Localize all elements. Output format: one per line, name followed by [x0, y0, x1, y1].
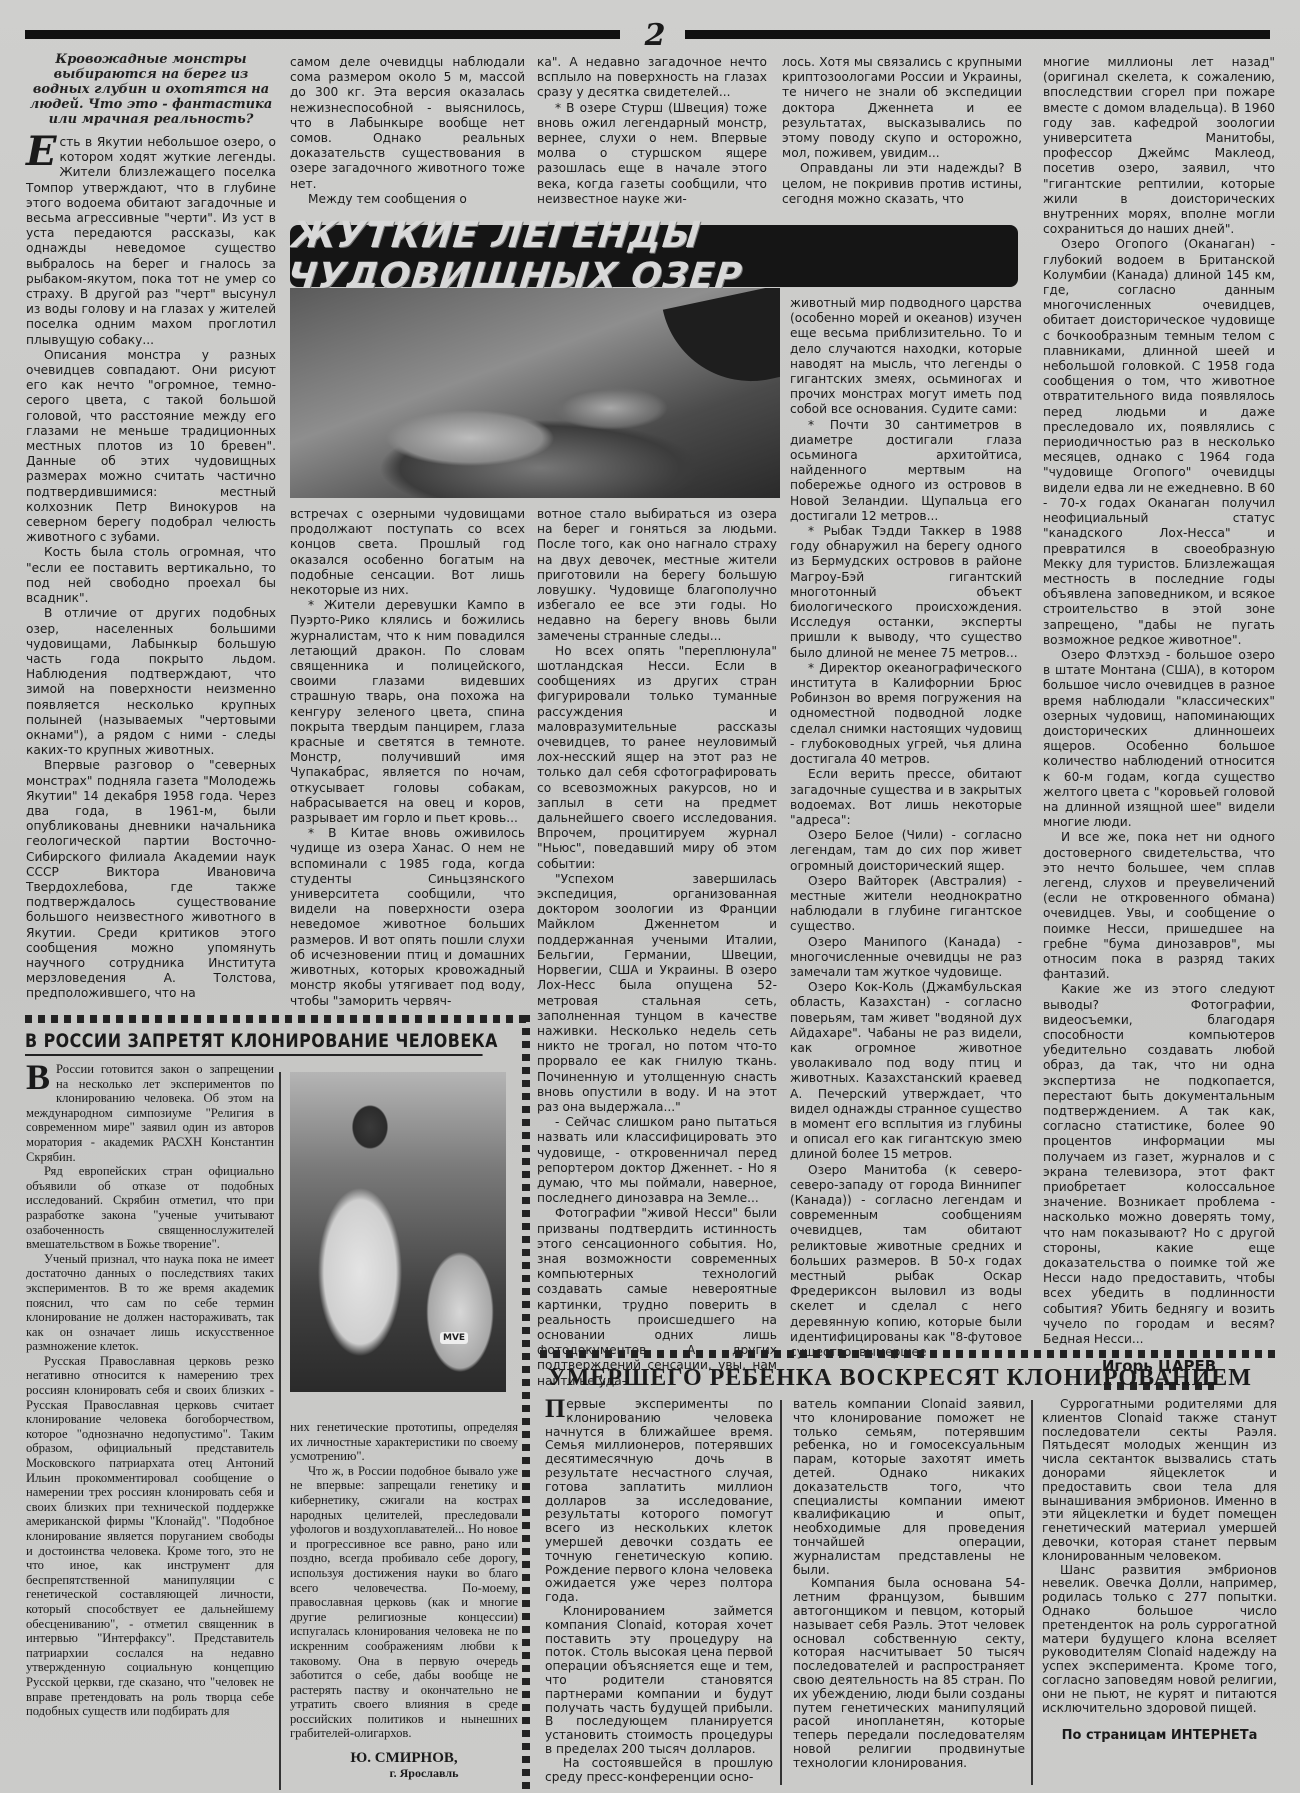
header-rule-left: [25, 30, 620, 39]
section-divider: [540, 1350, 1280, 1358]
monsters-col-3-top: ка". А недавно загадочное нечто всплыло …: [537, 55, 767, 207]
dropcap: В: [26, 1062, 50, 1092]
equipment-label: MVE: [440, 1332, 468, 1344]
column-rule: [1031, 1400, 1033, 1785]
box-border-top: [25, 1015, 530, 1023]
child-clone-headline: УМЕРШЕГО РЕБЕНКА ВОСКРЕСЯТ КЛОНИРОВАНИЕМ: [548, 1365, 1288, 1392]
clone-ban-headline: В РОССИИ ЗАПРЕТЯТ КЛОНИРОВАНИЕ ЧЕЛОВЕКА: [25, 1030, 483, 1056]
monsters-col-3-bottom: вотное стало выбираться из озера на бере…: [537, 507, 777, 1389]
source-credit: По страницам ИНТЕРНЕТа: [1042, 1729, 1277, 1743]
child-clone-col-3: Суррогатными родителями для клиентов Clo…: [1042, 1398, 1277, 1743]
page-number: 2: [630, 18, 680, 53]
clone-ban-col-2: них генетические прототипы, определяя их…: [290, 1420, 518, 1780]
child-clone-col-2: ватель компании Clonaid заявил, что клон…: [793, 1398, 1025, 1771]
monsters-col-2-bottom: встречах с озерными чудовищами продолжаю…: [290, 507, 525, 1009]
headline: ЖУТКИЕ ЛЕГЕНДЫ ЧУДОВИЩНЫХ ОЗЕР: [286, 215, 1023, 297]
author-byline: Ю. СМИРНОВ,: [290, 1751, 518, 1766]
monsters-col-2-top: самом деле очевидцы наблюдали сома разме…: [290, 55, 525, 207]
monsters-col-4-bottom: животный мир подводного царства (особенн…: [790, 296, 1022, 1360]
dropcap: Е: [26, 135, 57, 169]
monsters-col-4-top: лось. Хотя мы связались с крупными крипт…: [782, 55, 1022, 207]
scientist-lab-photo: MVE: [290, 1072, 506, 1392]
box-border-right: [522, 1015, 530, 1790]
monsters-col-1: Кровожадные монстры выбираются на берег …: [26, 52, 276, 1002]
dropcap: П: [545, 1398, 565, 1420]
article-lede: Кровожадные монстры выбираются на берег …: [26, 52, 276, 127]
header-rule-right: [685, 30, 1270, 39]
child-clone-col-1: Первые эксперименты по клонированию чело…: [545, 1398, 773, 1784]
column-rule: [279, 1072, 281, 1790]
author-city: г. Ярославль: [290, 1766, 518, 1781]
column-rule: [780, 1400, 782, 1785]
clone-ban-col-1: ВРоссии готовится закон о запрещении на …: [26, 1062, 274, 1719]
newspaper-page: 2 Кровожадные монстры выбираются на бере…: [0, 0, 1300, 1793]
headline-banner: ЖУТКИЕ ЛЕГЕНДЫ ЧУДОВИЩНЫХ ОЗЕР: [290, 225, 1018, 287]
monsters-col-5: многие миллионы лет назад" (оригинал ске…: [1043, 55, 1275, 1390]
lake-monster-photo: [290, 288, 780, 498]
